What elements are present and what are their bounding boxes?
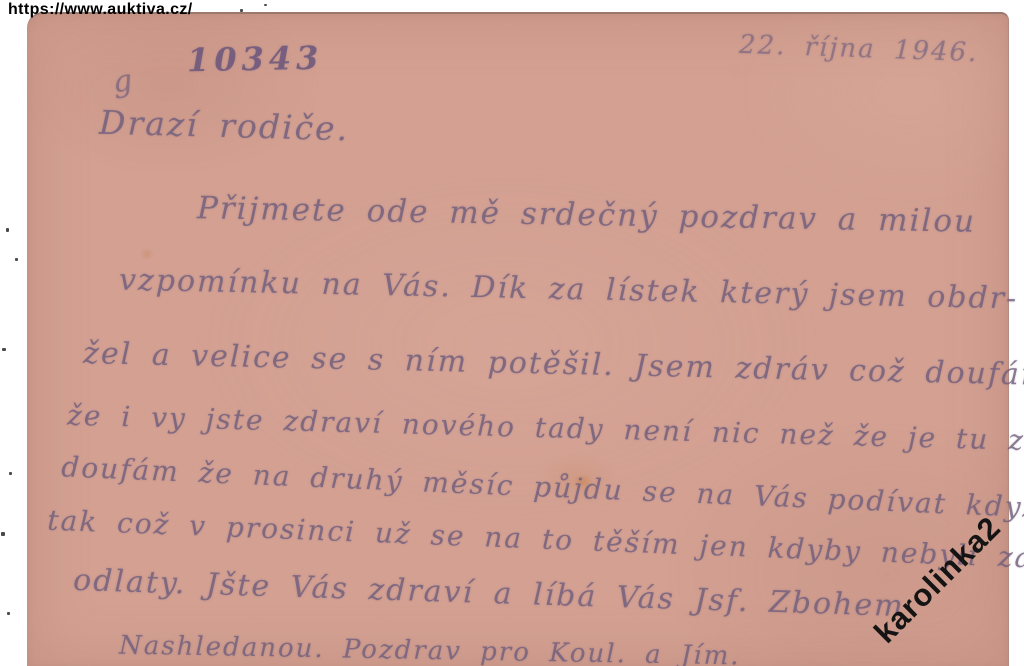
catalog-number: 10343 <box>187 39 324 79</box>
salutation: Drazí rodiče. <box>99 103 350 149</box>
postcard: 10343 22. října 1946. g Drazí rodiče. Př… <box>27 12 1009 666</box>
scan-speck <box>264 4 267 6</box>
scan-speck <box>9 472 12 475</box>
letter-line: Přijmete ode mě srdečný pozdrav a milou <box>197 190 977 240</box>
stray-pen-mark: g <box>111 63 137 101</box>
scan-speck <box>240 9 243 12</box>
letter-line: Nashledanou. Pozdrav pro Koul. a Jím. <box>119 631 741 666</box>
scan-speck <box>7 612 10 615</box>
letter-line: že i vy jste zdraví nového tady není nic… <box>67 399 1024 459</box>
scan-speck <box>2 348 6 351</box>
letter-line: odlaty. Jšte Vás zdraví a líbá Vás Jsf. … <box>73 563 905 624</box>
source-url: https://www.auktiva.cz/ <box>8 1 193 19</box>
postcard-date: 22. října 1946. <box>739 30 979 68</box>
scan-speck <box>6 228 9 232</box>
letter-line: vzpomínku na Vás. Dík za lístek který js… <box>119 263 1019 317</box>
scan-speck <box>1 532 5 536</box>
scan-speck <box>15 258 18 261</box>
letter-line: žel a velice se s ním potěšil. Jsem zdrá… <box>83 336 1024 393</box>
